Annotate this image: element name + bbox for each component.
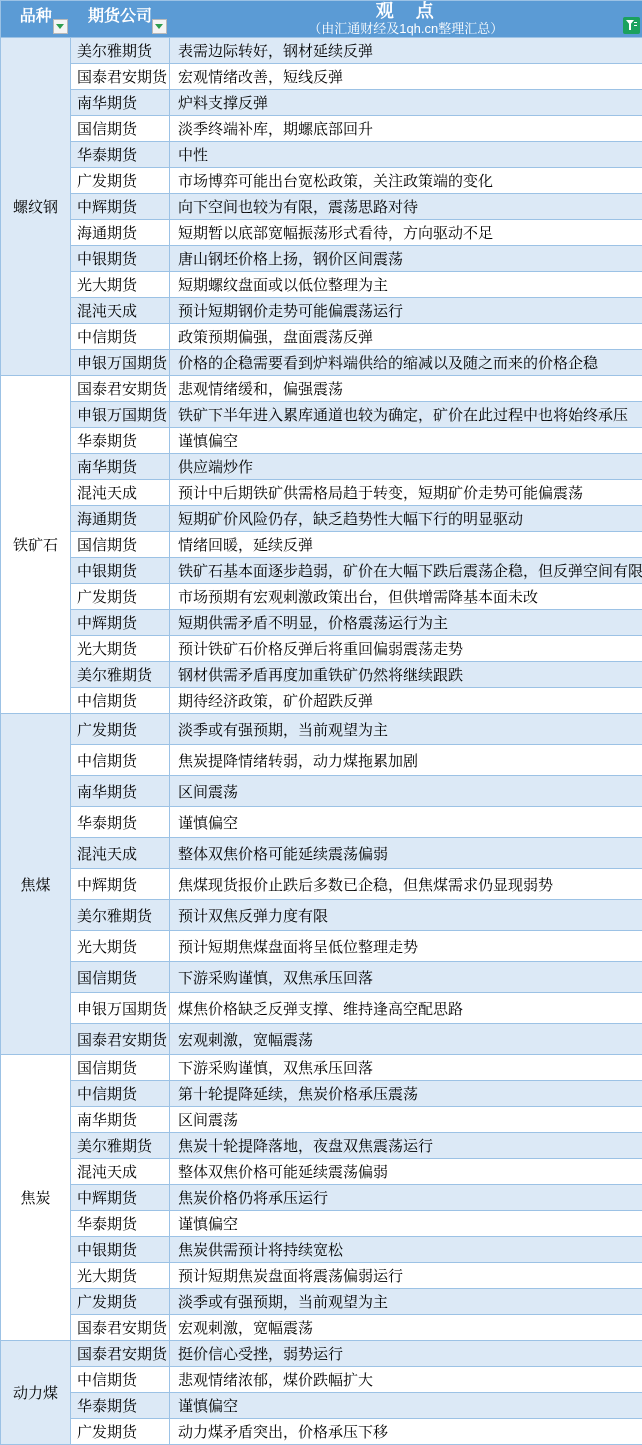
table-row: 中信期货悲观情绪浓郁，煤价跌幅扩大 [1,1367,642,1393]
table-row: 海通期货短期暂以底部宽幅振荡形式看待，方向驱动不足 [1,220,642,246]
viewpoint-cell[interactable]: 煤焦价格缺乏反弹支撑、维持逢高空配思路 [170,993,642,1024]
company-cell[interactable]: 混沌天成 [71,1159,170,1185]
company-cell[interactable]: 华泰期货 [71,142,170,168]
company-cell[interactable]: 混沌天成 [71,298,170,324]
company-cell[interactable]: 混沌天成 [71,480,170,506]
company-cell[interactable]: 国泰君安期货 [71,64,170,90]
table-row: 光大期货预计短期焦炭盘面将震荡偏弱运行 [1,1263,642,1289]
company-cell[interactable]: 申银万国期货 [71,993,170,1024]
company-cell[interactable]: 光大期货 [71,272,170,298]
category-cell[interactable]: 铁矿石 [1,376,71,714]
company-cell[interactable]: 广发期货 [71,168,170,194]
table-body: 螺纹钢美尔雅期货表需边际转好，钢材延续反弹国泰君安期货宏观情绪改善，短线反弹南华… [1,38,642,1445]
viewpoint-cell[interactable]: 市场博弈可能出台宽松政策，关注政策端的变化 [170,168,642,194]
category-cell[interactable]: 螺纹钢 [1,38,71,376]
viewpoint-cell[interactable]: 钢材供需矛盾再度加重铁矿仍然将继续跟跌 [170,662,642,688]
viewpoint-cell[interactable]: 谨慎偏空 [170,1211,642,1237]
viewpoint-cell[interactable]: 预计短期焦炭盘面将震荡偏弱运行 [170,1263,642,1289]
viewpoint-cell[interactable]: 挺价信心受挫，弱势运行 [170,1341,642,1367]
viewpoint-cell[interactable]: 下游采购谨慎，双焦承压回落 [170,1055,642,1081]
company-cell[interactable]: 国信期货 [71,116,170,142]
viewpoint-cell[interactable]: 市场预期有宏观刺激政策出台，但供增需降基本面未改 [170,584,642,610]
company-cell[interactable]: 光大期货 [71,636,170,662]
table-row: 华泰期货谨慎偏空 [1,807,642,838]
company-cell[interactable]: 美尔雅期货 [71,662,170,688]
company-cell[interactable]: 国泰君安期货 [71,1341,170,1367]
table-row: 美尔雅期货钢材供需矛盾再度加重铁矿仍然将继续跟跌 [1,662,642,688]
viewpoint-cell[interactable]: 区间震荡 [170,776,642,807]
viewpoint-cell[interactable]: 期待经济政策，矿价超跌反弹 [170,688,642,714]
table-row: 光大期货短期螺纹盘面或以低位整理为主 [1,272,642,298]
table-row: 混沌天成预计中后期铁矿供需格局趋于转变，短期矿价走势可能偏震荡 [1,480,642,506]
viewpoint-cell[interactable]: 焦炭十轮提降落地，夜盘双焦震荡运行 [170,1133,642,1159]
viewpoint-cell[interactable]: 悲观情绪浓郁，煤价跌幅扩大 [170,1367,642,1393]
company-cell[interactable]: 美尔雅期货 [71,1133,170,1159]
viewpoint-cell[interactable]: 焦煤现货报价止跌后多数已企稳，但焦煤需求仍显现弱势 [170,869,642,900]
company-cell[interactable]: 中辉期货 [71,610,170,636]
company-cell[interactable]: 中辉期货 [71,869,170,900]
viewpoint-cell[interactable]: 宏观刺激，宽幅震荡 [170,1315,642,1341]
company-cell[interactable]: 广发期货 [71,1289,170,1315]
company-cell[interactable]: 南华期货 [71,454,170,480]
table-row: 中信期货期待经济政策，矿价超跌反弹 [1,688,642,714]
company-cell[interactable]: 申银万国期货 [71,350,170,376]
viewpoint-cell[interactable]: 政策预期偏强，盘面震荡反弹 [170,324,642,350]
category-cell[interactable]: 焦煤 [1,714,71,1055]
table-row: 动力煤国泰君安期货挺价信心受挫，弱势运行 [1,1341,642,1367]
table-row: 铁矿石国泰君安期货悲观情绪缓和，偏强震荡 [1,376,642,402]
viewpoint-cell[interactable]: 焦炭供需预计将持续宽松 [170,1237,642,1263]
table-row: 焦煤广发期货淡季或有强预期，当前观望为主 [1,714,642,745]
viewpoint-header-subtitle: （由汇通财经及1qh.cn整理汇总） [170,21,642,36]
viewpoint-cell[interactable]: 供应端炒作 [170,454,642,480]
viewpoint-cell[interactable]: 谨慎偏空 [170,1393,642,1419]
spreadsheet-table: 品种 期货公司 观 点 （由汇通财经及1qh.cn整理汇总） 螺纹钢美尔雅期货表… [0,0,642,1445]
table-row: 螺纹钢美尔雅期货表需边际转好，钢材延续反弹 [1,38,642,64]
table-row: 广发期货淡季或有强预期，当前观望为主 [1,1289,642,1315]
table-row: 国信期货下游采购谨慎，双焦承压回落 [1,962,642,993]
table-row: 国泰君安期货宏观刺激，宽幅震荡 [1,1315,642,1341]
company-cell[interactable]: 中信期货 [71,324,170,350]
viewpoint-cell[interactable]: 淡季终端补库，期螺底部回升 [170,116,642,142]
viewpoint-cell[interactable]: 中性 [170,142,642,168]
company-cell[interactable]: 中辉期货 [71,194,170,220]
variety-filter-dropdown-button[interactable] [53,19,68,34]
viewpoint-cell[interactable]: 宏观情绪改善，短线反弹 [170,64,642,90]
table-row: 国信期货淡季终端补库，期螺底部回升 [1,116,642,142]
table-row: 南华期货区间震荡 [1,776,642,807]
viewpoint-cell[interactable]: 焦炭价格仍将承压运行 [170,1185,642,1211]
company-cell[interactable]: 美尔雅期货 [71,38,170,64]
company-cell[interactable]: 南华期货 [71,1107,170,1133]
company-cell[interactable]: 申银万国期货 [71,402,170,428]
company-filter-dropdown-button[interactable] [152,19,167,34]
company-cell[interactable]: 国泰君安期货 [71,376,170,402]
company-cell[interactable]: 华泰期货 [71,1393,170,1419]
viewpoint-cell[interactable]: 短期螺纹盘面或以低位整理为主 [170,272,642,298]
company-cell[interactable]: 光大期货 [71,1263,170,1289]
viewpoint-cell[interactable]: 短期暂以底部宽幅振荡形式看待，方向驱动不足 [170,220,642,246]
company-cell[interactable]: 海通期货 [71,506,170,532]
viewpoint-cell[interactable]: 预计双焦反弹力度有限 [170,900,642,931]
viewpoint-cell[interactable]: 预计铁矿石价格反弹后将重回偏弱震荡走势 [170,636,642,662]
company-cell[interactable]: 中银期货 [71,246,170,272]
table-row: 中银期货铁矿石基本面逐步趋弱，矿价在大幅下跌后震荡企稳，但反弹空间有限 [1,558,642,584]
viewpoint-cell[interactable]: 铁矿下半年进入累库通道也较为确定，矿价在此过程中也将始终承压 [170,402,642,428]
viewpoint-cell[interactable]: 短期供需矛盾不明显，价格震荡运行为主 [170,610,642,636]
company-cell[interactable]: 南华期货 [71,90,170,116]
company-cell[interactable]: 海通期货 [71,220,170,246]
viewpoint-cell[interactable]: 宏观刺激，宽幅震荡 [170,1024,642,1055]
company-cell[interactable]: 中信期货 [71,688,170,714]
viewpoint-cell[interactable]: 整体双焦价格可能延续震荡偏弱 [170,838,642,869]
category-cell[interactable]: 焦炭 [1,1055,71,1341]
column-header-company[interactable]: 期货公司 [71,1,170,38]
table-row: 中信期货政策预期偏强，盘面震荡反弹 [1,324,642,350]
table-row: 光大期货预计铁矿石价格反弹后将重回偏弱震荡走势 [1,636,642,662]
table-row: 焦炭国信期货下游采购谨慎，双焦承压回落 [1,1055,642,1081]
table-row: 中辉期货焦炭价格仍将承压运行 [1,1185,642,1211]
viewpoint-cell[interactable]: 动力煤矛盾突出，价格承压下移 [170,1419,642,1445]
table-row: 广发期货动力煤矛盾突出，价格承压下移 [1,1419,642,1445]
table-row: 广发期货市场预期有宏观刺激政策出台，但供增需降基本面未改 [1,584,642,610]
table-row: 南华期货供应端炒作 [1,454,642,480]
header-row: 品种 期货公司 观 点 （由汇通财经及1qh.cn整理汇总） [1,1,642,38]
table-row: 中信期货焦炭提降情绪转弱，动力煤拖累加剧 [1,745,642,776]
company-cell[interactable]: 国信期货 [71,962,170,993]
table-row: 美尔雅期货焦炭十轮提降落地，夜盘双焦震荡运行 [1,1133,642,1159]
company-cell[interactable]: 广发期货 [71,1419,170,1445]
table-row: 申银万国期货价格的企稳需要看到炉料端供给的缩减以及随之而来的价格企稳 [1,350,642,376]
company-cell[interactable]: 中信期货 [71,1081,170,1107]
company-cell[interactable]: 广发期货 [71,714,170,745]
company-cell[interactable]: 中银期货 [71,558,170,584]
viewpoint-cell[interactable]: 炉料支撑反弹 [170,90,642,116]
table-row: 申银万国期货铁矿下半年进入累库通道也较为确定，矿价在此过程中也将始终承压 [1,402,642,428]
viewpoint-cell[interactable]: 预计中后期铁矿供需格局趋于转变，短期矿价走势可能偏震荡 [170,480,642,506]
viewpoint-cell[interactable]: 淡季或有强预期，当前观望为主 [170,1289,642,1315]
table-row: 美尔雅期货预计双焦反弹力度有限 [1,900,642,931]
viewpoint-cell[interactable]: 向下空间也较为有限，震荡思路对待 [170,194,642,220]
table-row: 国泰君安期货宏观刺激，宽幅震荡 [1,1024,642,1055]
table-row: 海通期货短期矿价风险仍存，缺乏趋势性大幅下行的明显驱动 [1,506,642,532]
table-row: 申银万国期货煤焦价格缺乏反弹支撑、维持逢高空配思路 [1,993,642,1024]
viewpoint-cell[interactable]: 短期矿价风险仍存，缺乏趋势性大幅下行的明显驱动 [170,506,642,532]
table-row: 中银期货焦炭供需预计将持续宽松 [1,1237,642,1263]
table-row: 中银期货唐山钢坯价格上扬，钢价区间震荡 [1,246,642,272]
viewpoint-cell[interactable]: 第十轮提降延续，焦炭价格承压震荡 [170,1081,642,1107]
table-row: 华泰期货谨慎偏空 [1,1211,642,1237]
table-row: 国信期货情绪回暖，延续反弹 [1,532,642,558]
filter-funnel-icon [626,20,637,31]
table-filter-button[interactable] [623,17,640,34]
table-row: 混沌天成整体双焦价格可能延续震荡偏弱 [1,1159,642,1185]
category-cell[interactable]: 动力煤 [1,1341,71,1445]
viewpoint-cell[interactable]: 唐山钢坯价格上扬，钢价区间震荡 [170,246,642,272]
viewpoint-cell[interactable]: 悲观情绪缓和，偏强震荡 [170,376,642,402]
viewpoint-cell[interactable]: 情绪回暖，延续反弹 [170,532,642,558]
table-row: 中辉期货短期供需矛盾不明显，价格震荡运行为主 [1,610,642,636]
table-row: 国泰君安期货宏观情绪改善，短线反弹 [1,64,642,90]
table-row: 中信期货第十轮提降延续，焦炭价格承压震荡 [1,1081,642,1107]
company-cell[interactable]: 国泰君安期货 [71,1024,170,1055]
table-row: 华泰期货中性 [1,142,642,168]
chevron-down-icon [155,24,163,29]
viewpoint-cell[interactable]: 整体双焦价格可能延续震荡偏弱 [170,1159,642,1185]
viewpoint-cell[interactable]: 焦炭提降情绪转弱，动力煤拖累加剧 [170,745,642,776]
company-cell[interactable]: 混沌天成 [71,838,170,869]
company-cell[interactable]: 光大期货 [71,931,170,962]
table-row: 光大期货预计短期焦煤盘面将呈低位整理走势 [1,931,642,962]
company-cell[interactable]: 南华期货 [71,776,170,807]
viewpoint-header-title: 观 点 [170,2,642,21]
table-row: 华泰期货谨慎偏空 [1,428,642,454]
company-cell[interactable]: 国泰君安期货 [71,1315,170,1341]
table-row: 南华期货区间震荡 [1,1107,642,1133]
viewpoint-cell[interactable]: 谨慎偏空 [170,428,642,454]
company-cell[interactable]: 中辉期货 [71,1185,170,1211]
table-row: 华泰期货谨慎偏空 [1,1393,642,1419]
viewpoint-cell[interactable]: 表需边际转好，钢材延续反弹 [170,38,642,64]
viewpoint-cell[interactable]: 下游采购谨慎，双焦承压回落 [170,962,642,993]
company-cell[interactable]: 中信期货 [71,745,170,776]
company-cell[interactable]: 国信期货 [71,1055,170,1081]
company-cell[interactable]: 华泰期货 [71,428,170,454]
table-row: 中辉期货焦煤现货报价止跌后多数已企稳，但焦煤需求仍显现弱势 [1,869,642,900]
table-row: 混沌天成整体双焦价格可能延续震荡偏弱 [1,838,642,869]
viewpoint-cell[interactable]: 预计短期钢价走势可能偏震荡运行 [170,298,642,324]
viewpoint-cell[interactable]: 淡季或有强预期，当前观望为主 [170,714,642,745]
company-cell[interactable]: 美尔雅期货 [71,900,170,931]
table-row: 南华期货炉料支撑反弹 [1,90,642,116]
viewpoint-cell[interactable]: 预计短期焦煤盘面将呈低位整理走势 [170,931,642,962]
company-cell[interactable]: 国信期货 [71,532,170,558]
chevron-down-icon [56,24,64,29]
table-row: 中辉期货向下空间也较为有限，震荡思路对待 [1,194,642,220]
viewpoint-cell[interactable]: 谨慎偏空 [170,807,642,838]
column-header-viewpoint[interactable]: 观 点 （由汇通财经及1qh.cn整理汇总） [170,1,642,38]
viewpoint-cell[interactable]: 区间震荡 [170,1107,642,1133]
table-row: 广发期货市场博弈可能出台宽松政策，关注政策端的变化 [1,168,642,194]
company-cell[interactable]: 华泰期货 [71,807,170,838]
viewpoint-cell[interactable]: 铁矿石基本面逐步趋弱，矿价在大幅下跌后震荡企稳，但反弹空间有限 [170,558,642,584]
company-cell[interactable]: 华泰期货 [71,1211,170,1237]
column-header-variety[interactable]: 品种 [1,1,71,38]
company-cell[interactable]: 广发期货 [71,584,170,610]
company-cell[interactable]: 中信期货 [71,1367,170,1393]
viewpoint-cell[interactable]: 价格的企稳需要看到炉料端供给的缩减以及随之而来的价格企稳 [170,350,642,376]
company-cell[interactable]: 中银期货 [71,1237,170,1263]
table-row: 混沌天成预计短期钢价走势可能偏震荡运行 [1,298,642,324]
